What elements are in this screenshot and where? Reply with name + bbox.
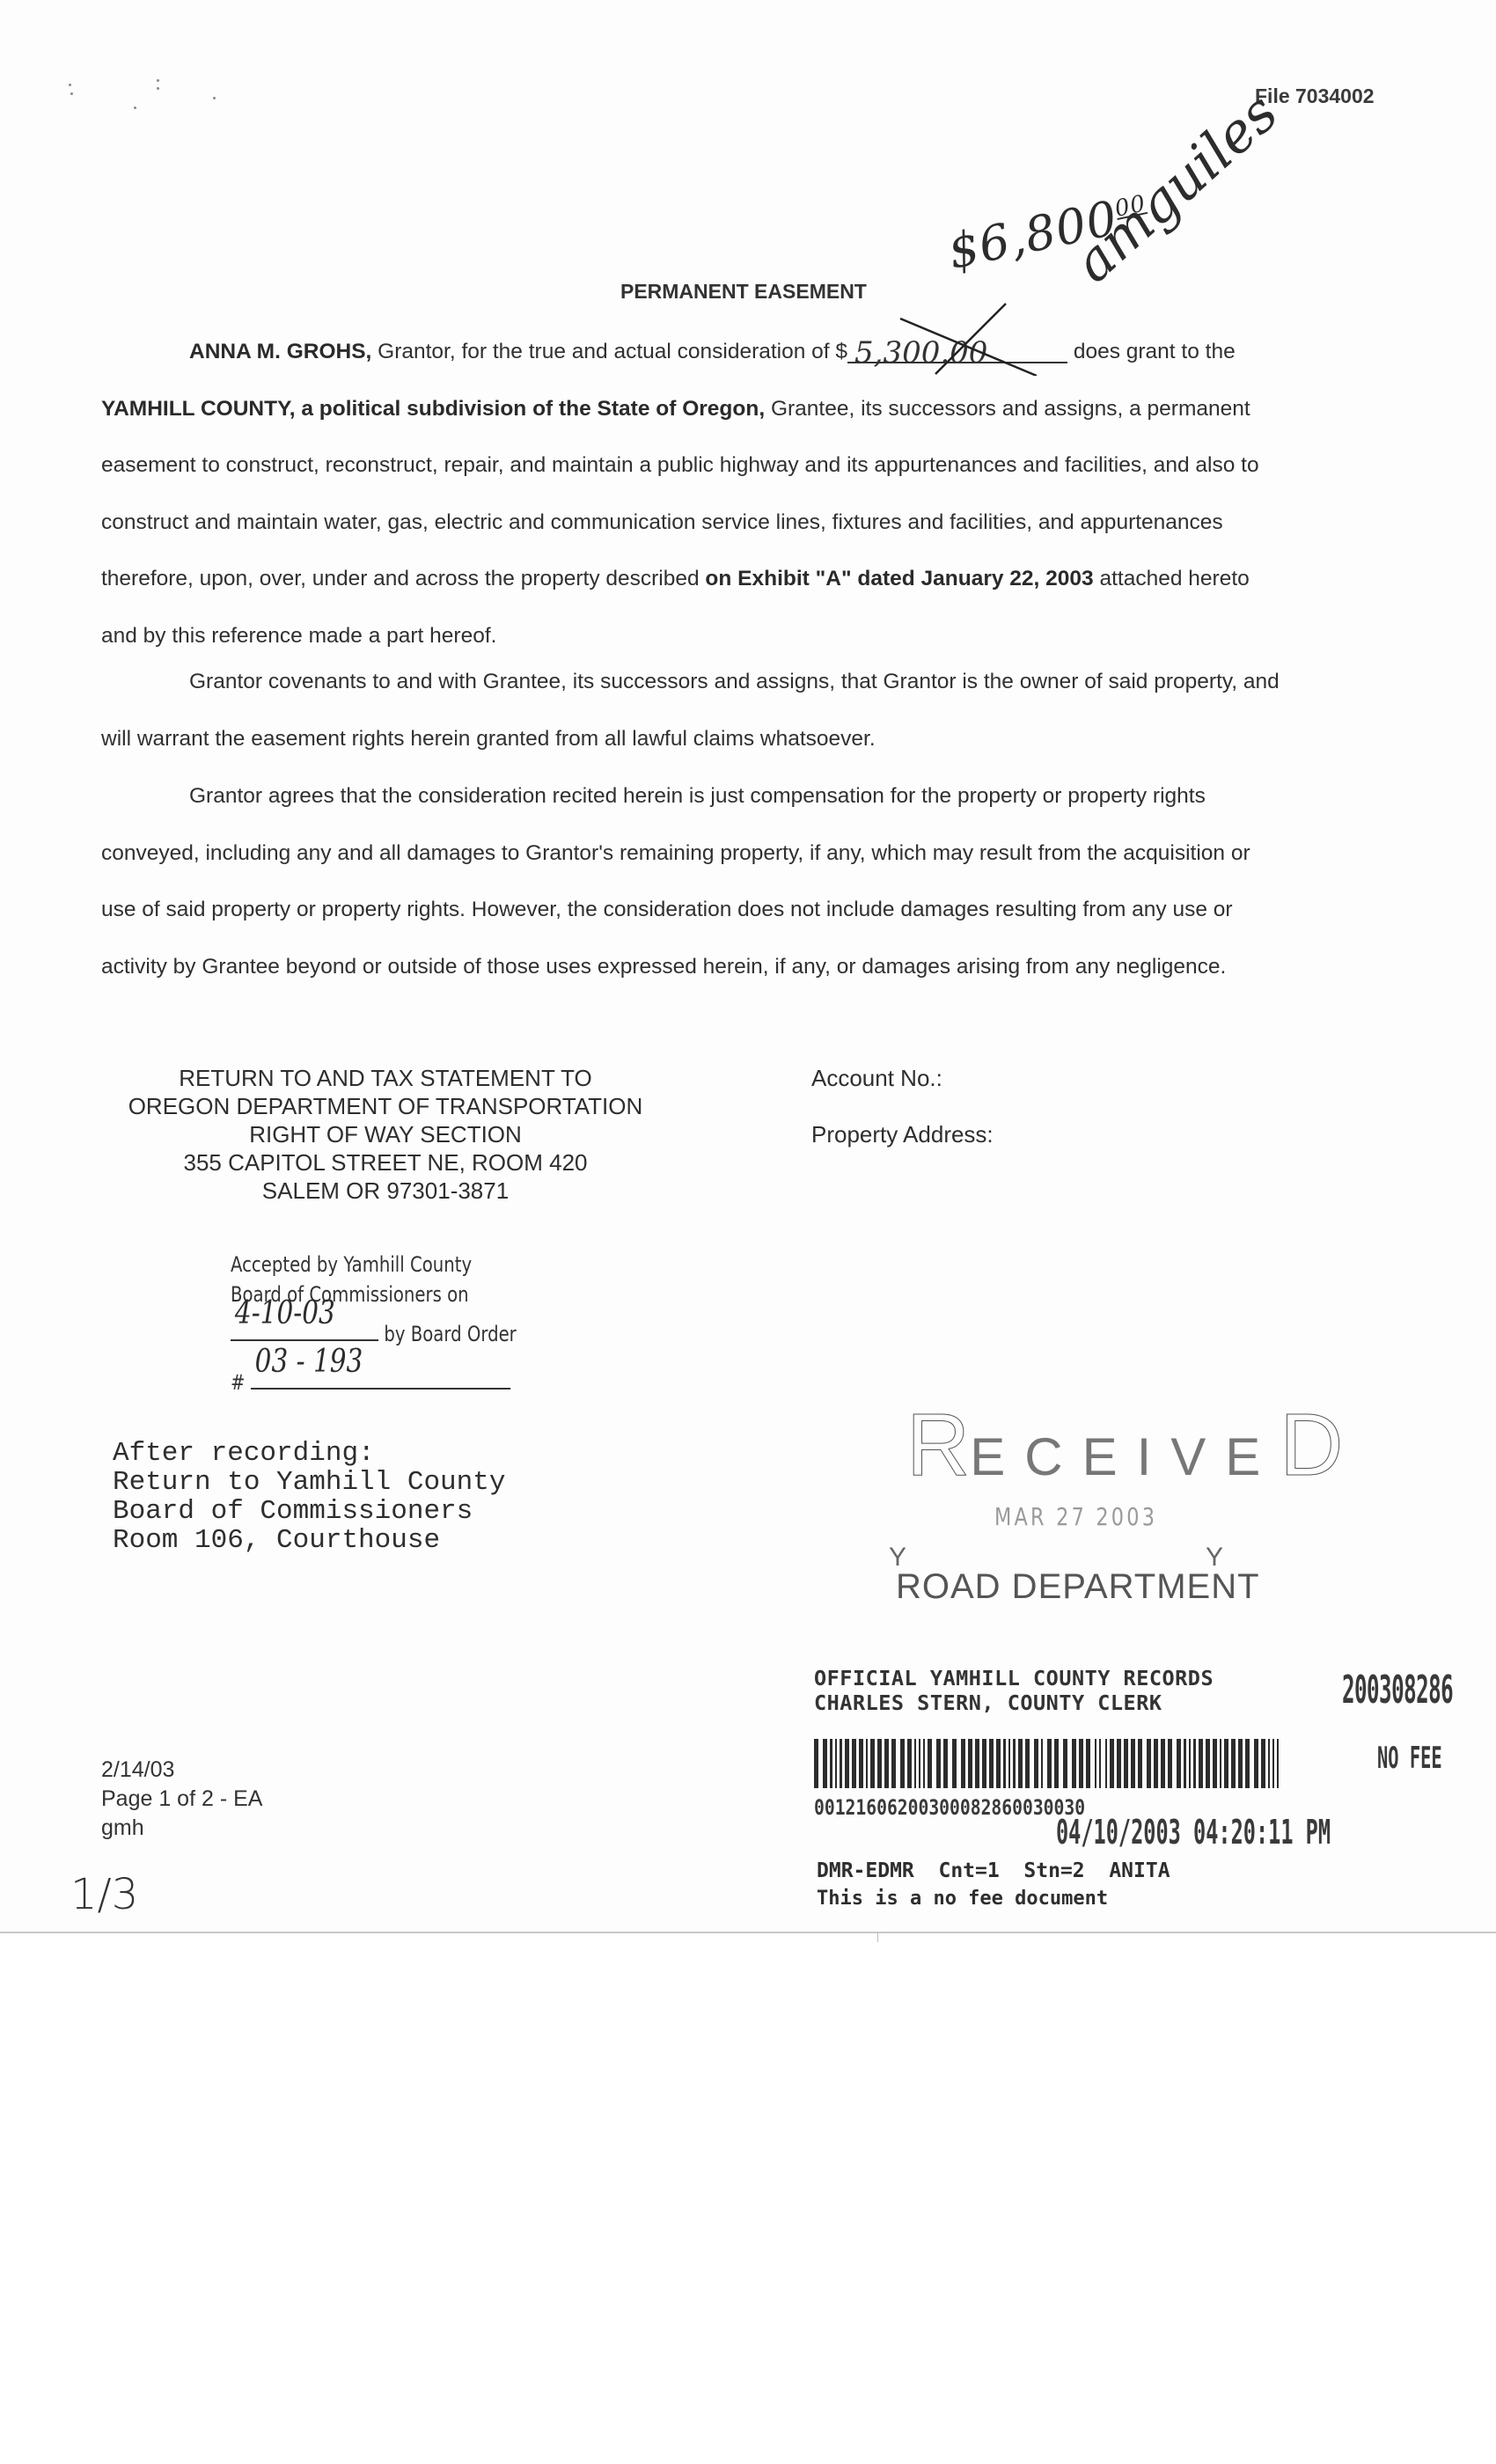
recording-header: OFFICIAL YAMHILL COUNTY RECORDS CHARLES … — [814, 1666, 1214, 1715]
covenant-line-1: Grantor covenants to and with Grantee, i… — [101, 654, 1439, 711]
property-address-label: Property Address: — [811, 1120, 994, 1177]
file-number: File 7034002 — [1255, 84, 1375, 108]
handwritten-initials: amguiles — [1061, 80, 1290, 295]
board-order-field: 03 - 193 — [251, 1358, 510, 1390]
footer-page-number: Page 1 of 2 - EA — [101, 1785, 262, 1814]
after-recording-line: Return to Yamhill County — [113, 1468, 505, 1497]
grant-text: Grantor, for the true and actual conside… — [371, 340, 847, 363]
grant-line-3: easement to construct, reconstruct, repa… — [101, 437, 1439, 495]
received-date: MAR 27 2003 — [994, 1502, 1157, 1531]
struck-amount: 5,300.00 — [847, 332, 1067, 363]
grant-line-4: construct and maintain water, gas, elect… — [101, 495, 1439, 552]
paragraph-consideration: Grantor agrees that the consideration re… — [101, 768, 1439, 995]
return-line: OREGON DEPARTMENT OF TRANSPORTATION — [104, 1092, 667, 1120]
page-footer: 2/14/03 Page 1 of 2 - EA gmh — [101, 1756, 262, 1843]
consideration-line-4: activity by Grantee beyond or outside of… — [101, 939, 1439, 996]
stamp-department: ROAD DEPARTMENT — [896, 1567, 1260, 1607]
grant-text: Grantee, its successors and assigns, a p… — [765, 397, 1250, 421]
barcode-digits: 00121606200300082860030030 — [814, 1795, 1085, 1820]
recording-office: OFFICIAL YAMHILL COUNTY RECORDS — [814, 1666, 1214, 1690]
acceptance-date-field: 4-10-03 — [231, 1309, 378, 1341]
account-info: Account No.: Property Address: — [811, 1064, 994, 1177]
stamp-letters: ECEIVE — [970, 1427, 1280, 1486]
footer-date: 2/14/03 — [101, 1756, 262, 1785]
board-order-label: by Board Order — [378, 1322, 517, 1346]
grantor-name: ANNA M. GROHS, — [189, 340, 371, 363]
paragraph-grant: ANNA M. GROHS, Grantor, for the true and… — [101, 324, 1439, 664]
board-order-row: # 03 - 193 — [231, 1358, 517, 1397]
grant-text: attached hereto — [1094, 567, 1250, 590]
record-number: 200308286 — [1342, 1668, 1453, 1712]
consideration-line-1: Grantor agrees that the consideration re… — [101, 768, 1439, 825]
fee-status: NO FEE — [1377, 1741, 1442, 1776]
barcode — [814, 1739, 1285, 1788]
consideration-line-2: conveyed, including any and all damages … — [101, 825, 1439, 883]
handwritten-page-mark: 1/3 — [70, 1870, 138, 1919]
recording-timestamp: 04/10/2003 04:20:11 PM — [1056, 1813, 1331, 1852]
grant-line-1: ANNA M. GROHS, Grantor, for the true and… — [101, 324, 1439, 381]
acceptance-block: Accepted by Yamhill County Board of Comm… — [231, 1250, 517, 1397]
return-line: SALEM OR 97301-3871 — [104, 1177, 667, 1205]
acceptance-date: 4-10-03 — [235, 1299, 335, 1329]
after-recording-line: Board of Commissioners — [113, 1497, 505, 1526]
strike-through-mark — [847, 297, 1067, 376]
account-number-label: Account No.: — [811, 1064, 994, 1120]
grant-line-2: YAMHILL COUNTY, a political subdivision … — [101, 381, 1439, 438]
county-clerk: CHARLES STERN, COUNTY CLERK — [814, 1690, 1214, 1715]
scan-specks — [35, 75, 246, 128]
return-line: RETURN TO AND TAX STATEMENT TO — [104, 1064, 667, 1092]
acceptance-line-1: Accepted by Yamhill County — [231, 1250, 517, 1280]
paragraph-covenant: Grantor covenants to and with Grantee, i… — [101, 654, 1439, 767]
grant-text-end: does grant to the — [1067, 340, 1236, 363]
board-order-number: 03 - 193 — [255, 1347, 363, 1377]
stamp-letter-r: R — [906, 1396, 970, 1494]
received-stamp: RECEIVED MAR 27 2003 YY ROAD DEPARTMENT — [889, 1395, 1258, 1624]
scan-edge-mark — [877, 1932, 878, 1942]
after-recording-block: After recording:Return to Yamhill County… — [113, 1439, 505, 1555]
exhibit-reference: on Exhibit "A" dated January 22, 2003 — [705, 567, 1093, 590]
after-recording-line: After recording: — [113, 1439, 505, 1468]
grantee-name: YAMHILL COUNTY, a political subdivision … — [101, 397, 765, 421]
stamp-letter-d: D — [1280, 1396, 1362, 1494]
covenant-line-2: will warrant the easement rights herein … — [101, 711, 1439, 768]
no-fee-note: This is a no fee document — [817, 1885, 1170, 1913]
document-title: PERMANENT EASEMENT — [620, 280, 867, 304]
grant-line-5: therefore, upon, over, under and across … — [101, 551, 1439, 608]
hash-label: # — [231, 1370, 245, 1395]
recording-meta: DMR-EDMR Cnt=1 Stn=2 ANITAThis is a no f… — [817, 1857, 1170, 1913]
received-stamp-title: RECEIVED — [906, 1395, 1363, 1496]
footer-initials: gmh — [101, 1814, 262, 1843]
return-line: 355 CAPITOL STREET NE, ROOM 420 — [104, 1148, 667, 1177]
return-address-block: RETURN TO AND TAX STATEMENT TO OREGON DE… — [104, 1064, 667, 1205]
document-page: File 7034002 PERMANENT EASEMENT $6,80000… — [0, 0, 1496, 1933]
after-recording-line: Room 106, Courthouse — [113, 1526, 505, 1555]
consideration-line-3: use of said property or property rights.… — [101, 882, 1439, 939]
recording-meta-line: DMR-EDMR Cnt=1 Stn=2 ANITA — [817, 1857, 1170, 1885]
grant-text: therefore, upon, over, under and across … — [101, 567, 705, 590]
return-line: RIGHT OF WAY SECTION — [104, 1120, 667, 1148]
